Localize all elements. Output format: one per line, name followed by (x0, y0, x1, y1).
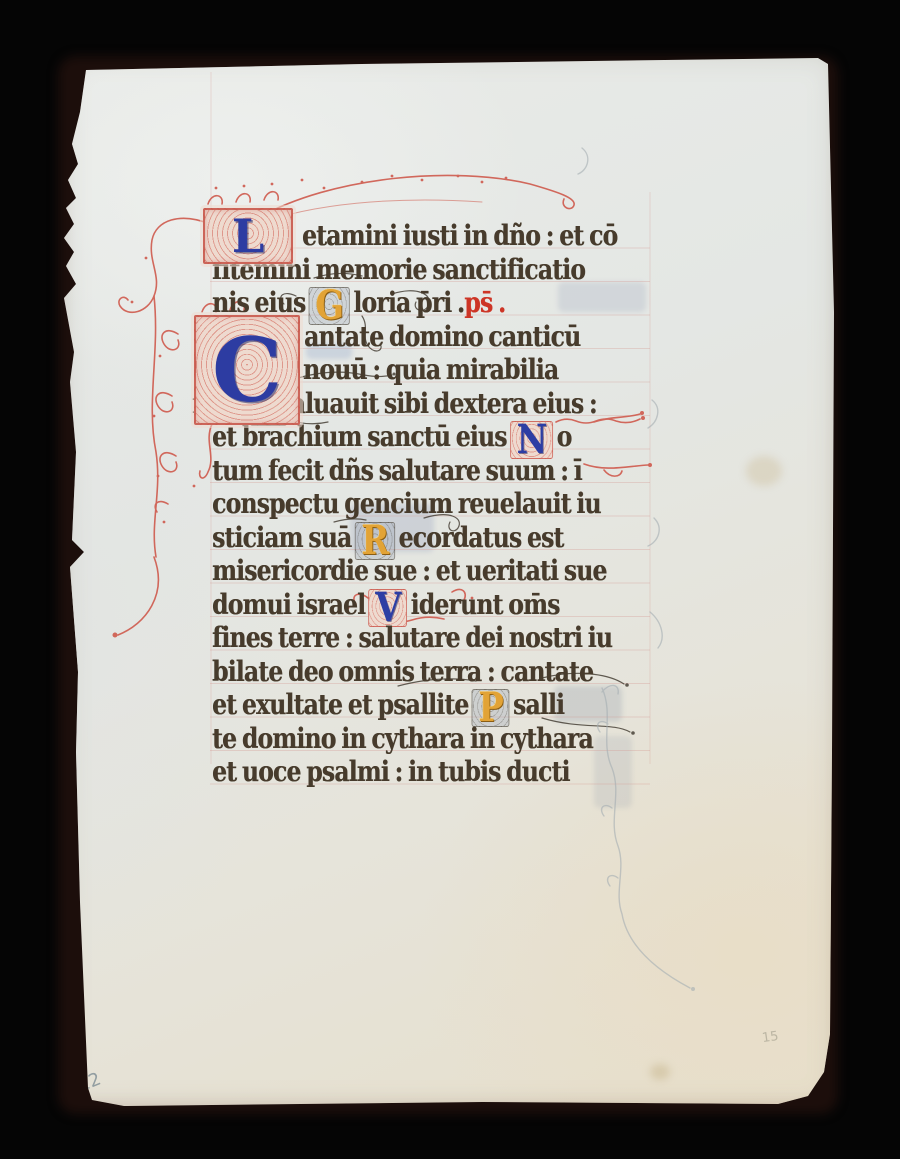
text-segment: iderunt om̄s (411, 588, 560, 621)
manuscript-text-line-8: tum fecit dñs salutare suum : ī (212, 454, 582, 488)
text-segment: ecordatus est (399, 521, 564, 554)
illuminated-initial-L: L (203, 208, 293, 264)
text-segment: tum fecit dñs salutare suum : ī (212, 454, 582, 487)
text-segment: sticiam suā (212, 521, 351, 554)
manuscript-text-line-16: te domino in cythara in cythara (212, 722, 593, 756)
text-segment: et exultate et psallite (212, 688, 468, 721)
text-segment: domui israel (212, 588, 365, 621)
text-segment: misericordie sue : et ueritati sue (212, 554, 606, 587)
text-segment: etamini iusti in dño : et cō (302, 219, 617, 252)
manuscript-text-line-11: misericordie sue : et ueritati sue (212, 554, 606, 588)
manuscript-text-line-13: fines terre : salutare dei nostri iu (212, 621, 612, 655)
manuscript-text-line-10: sticiam suāRecordatus est (212, 521, 563, 555)
manuscript-leaf: 22 15 etamini iusti in dño : et cōfitemi… (62, 52, 837, 1110)
text-segment: te domino in cythara in cythara (212, 722, 593, 755)
text-segment: o (557, 420, 572, 453)
text-segment: et uoce psalmi : in tubis ducti (212, 755, 570, 788)
text-segment: nouū : quia mirabilia (303, 353, 558, 386)
manuscript-text-line-17: et uoce psalmi : in tubis ducti (212, 755, 570, 789)
text-segment: fines terre : salutare dei nostri iu (212, 621, 612, 654)
text-segment: bilate deo omnis terra : cantate (212, 655, 593, 688)
manuscript-text-line-5: nouū : quia mirabilia (303, 353, 558, 387)
manuscript-text-line-15: et exultate et psallitePsalli (212, 688, 564, 722)
rubric-text: ps̄ . (464, 286, 505, 319)
pencil-folio-number-15: 15 (761, 1029, 779, 1046)
manuscript-text-line-14: bilate deo omnis terra : cantate (212, 655, 593, 689)
manuscript-text-line-4: antate domino canticū (304, 320, 580, 354)
text-segment: conspectu gencium reuelauit iu (212, 487, 601, 520)
text-segment: aluauit sibi dextera eius : (291, 387, 597, 420)
photo-black-background: { "meta": { "description": "Photograph o… (0, 0, 900, 1159)
illuminated-initial-C: C (194, 315, 300, 425)
manuscript-text-line-1: etamini iusti in dño : et cō (302, 219, 617, 253)
text-segment: loria p̄ri . (353, 286, 464, 319)
manuscript-text-line-12: domui israelViderunt om̄s (212, 588, 559, 622)
manuscript-text-line-9: conspectu gencium reuelauit iu (212, 487, 601, 521)
text-segment: salli (513, 688, 564, 721)
text-segment: antate domino canticū (304, 320, 580, 353)
manuscript-text-line-7: et brachium sanctū eiusNo (212, 420, 571, 454)
